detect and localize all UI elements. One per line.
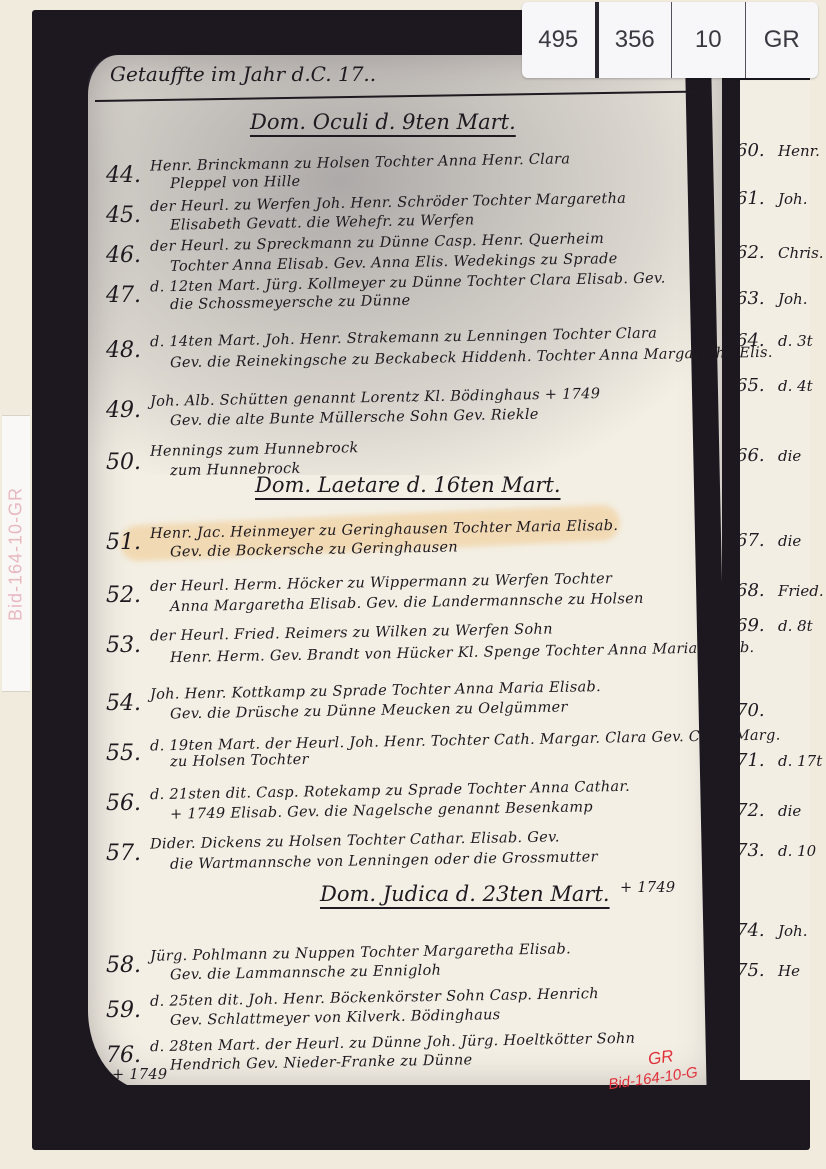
section-heading: Dom. Oculi d. 9ten Mart.	[250, 110, 516, 134]
archive-side-stamp: Bid-164-10-GR	[2, 415, 30, 692]
right-entry-number: 75.	[736, 960, 765, 981]
entry-number: 51.	[106, 530, 141, 555]
right-entry-number: 62.	[736, 242, 765, 263]
right-entry-number: 64.	[736, 330, 765, 351]
right-entry-number: 61.	[736, 188, 765, 209]
entry-number: 55.	[106, 741, 141, 766]
right-entry-text: d. 10	[778, 842, 816, 860]
right-entry-text: die	[778, 447, 801, 465]
right-entry-number: 67.	[736, 530, 765, 551]
heading-note: + 1749	[620, 880, 675, 896]
right-entry-number: 65.	[736, 375, 765, 396]
right-entry-text: Chris.	[778, 244, 824, 262]
entry-number: 50.	[106, 450, 141, 475]
section-heading: Dom. Judica d. 23ten Mart.	[320, 882, 610, 906]
frame-bottom	[32, 1085, 810, 1150]
side-stamp-text: Bid-164-10-GR	[6, 486, 27, 620]
right-entry-number: 72.	[736, 800, 765, 821]
right-entry-text: die	[778, 802, 801, 820]
tag-cell: 356	[595, 2, 672, 78]
entry-number: 44.	[106, 163, 141, 188]
entry-number: 48.	[106, 338, 141, 363]
right-entry-text: Henr.	[778, 142, 820, 160]
right-entry-number: 68.	[736, 580, 765, 601]
entry-number: 47.	[106, 283, 141, 308]
right-entry-text: Fried.	[778, 582, 824, 600]
entry-death-note: + 1749	[112, 1067, 167, 1083]
entry-number: 52.	[106, 583, 141, 608]
right-entry-text: Joh.	[778, 922, 807, 940]
right-entry-number: 74.	[736, 920, 765, 941]
page-title: Getauffte im Jahr d.C. 17..	[110, 62, 376, 86]
right-entry-text: d. 8t	[778, 617, 813, 635]
red-annotation-line1: GR	[647, 1046, 675, 1069]
right-entry-text: d. 17t	[778, 752, 822, 770]
right-entry-text: Joh.	[778, 190, 807, 208]
right-entry-text: d. 3t	[778, 332, 813, 350]
entry-line: zu Holsen Tochter	[170, 752, 309, 770]
right-entry-number: 69.	[736, 615, 765, 636]
entry-number: 54.	[106, 691, 141, 716]
tag-cell: GR	[745, 2, 819, 78]
right-entry-number: 71.	[736, 750, 765, 771]
entry-line: Pleppel von Hille	[170, 174, 301, 192]
entry-number: 49.	[106, 398, 141, 423]
entry-number: 45.	[106, 203, 141, 228]
right-entry-text: die	[778, 532, 801, 550]
entry-number: 58.	[106, 953, 141, 978]
right-entry-number: 63.	[736, 288, 765, 309]
entry-number: 59.	[106, 998, 141, 1023]
right-entry-number: 73.	[736, 840, 765, 861]
tag-cell: 10	[671, 2, 745, 78]
right-entry-number: 70.	[736, 700, 765, 721]
right-entry-text: He	[778, 962, 800, 980]
section-heading: Dom. Laetare d. 16ten Mart.	[255, 473, 561, 497]
right-entry-number: 60.	[736, 140, 765, 161]
archive-tag: 495 356 10 GR	[522, 2, 818, 78]
entry-number: 53.	[106, 633, 141, 658]
entry-number: 56.	[106, 791, 141, 816]
entry-number: 57.	[106, 841, 141, 866]
entry-number: 76.	[106, 1043, 141, 1068]
tag-cell: 495	[522, 2, 595, 78]
right-entry-number: 66.	[736, 445, 765, 466]
entry-number: 46.	[106, 243, 141, 268]
right-entry-text: Joh.	[778, 290, 807, 308]
right-entry-text: d. 4t	[778, 377, 813, 395]
